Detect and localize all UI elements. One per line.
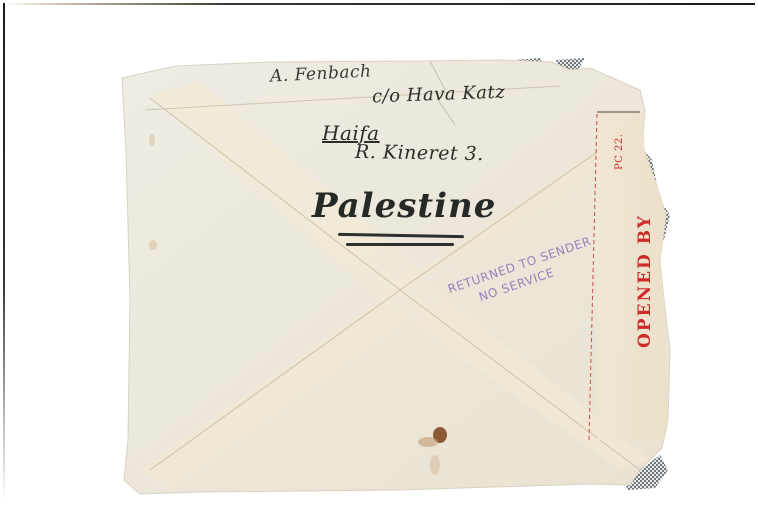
country-line: Palestine (312, 186, 496, 226)
country-underline-second (346, 243, 454, 246)
censor-opened-by: OPENED BY (635, 214, 655, 348)
censor-tape (597, 112, 668, 440)
censor-code: PC 22. (614, 134, 625, 170)
street-line: R. Kineret 3. (355, 141, 484, 165)
